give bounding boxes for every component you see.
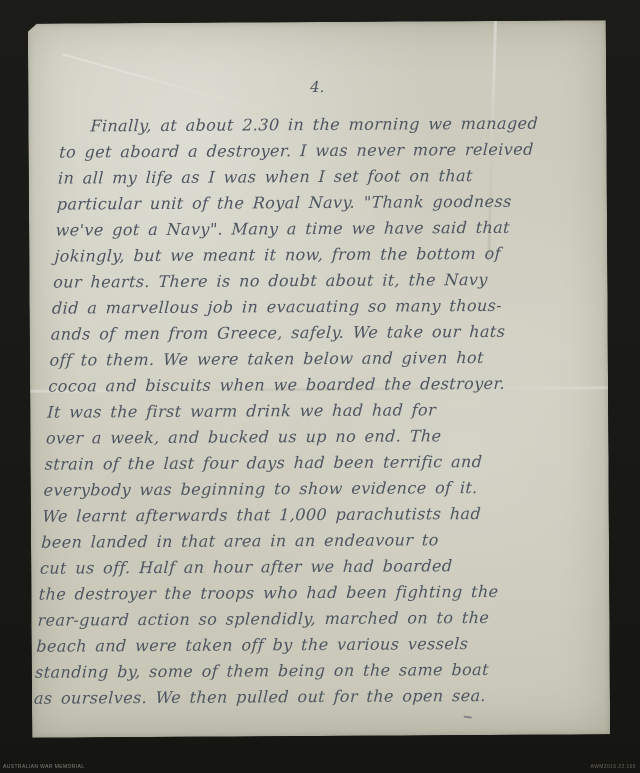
letter-line: everybody was beginning to show evidence…: [43, 474, 595, 503]
letter-line: ands of men from Greece, safely. We take…: [50, 318, 602, 347]
page-number: 4.: [28, 76, 606, 98]
letter-line: as ourselves. We then pulled out for the…: [33, 682, 585, 711]
scan-background: 4. Finally, at about 2.30 in the morning…: [0, 0, 640, 773]
letter-line: cocoa and biscuits when we boarded the d…: [48, 370, 600, 399]
letter-line: particular unit of the Royal Navy. "Than…: [56, 188, 608, 217]
letter-body: Finally, at about 2.30 in the morning we…: [33, 110, 612, 712]
letter-line: rear-guard action so splendidly, marched…: [37, 604, 589, 633]
letter-line: did a marvellous job in evacuating so ma…: [51, 292, 603, 321]
letter-page: 4. Finally, at about 2.30 in the morning…: [28, 20, 610, 738]
letter-line: we've got a Navy". Many a time we have s…: [55, 214, 607, 243]
letter-line: our hearts. There is no doubt about it, …: [53, 266, 605, 295]
pen-mark: [464, 711, 473, 719]
letter-line: cut us off. Half an hour after we had bo…: [39, 552, 591, 581]
letter-line: the destroyer the troops who had been fi…: [38, 578, 590, 607]
reference-number: AWM2016.22.165: [591, 764, 636, 770]
letter-line: over a week, and bucked us up no end. Th…: [45, 422, 597, 451]
letter-line: It was the first warm drink we had had f…: [47, 396, 599, 425]
letter-line: to get aboard a destroyer. I was never m…: [59, 136, 611, 165]
letter-line: Finally, at about 2.30 in the morning we…: [60, 110, 612, 139]
letter-line: standing by, some of them being on the s…: [35, 656, 587, 685]
letter-line: We learnt afterwards that 1,000 parachut…: [42, 500, 594, 529]
letter-line: strain of the last four days had been te…: [44, 448, 596, 477]
letter-line: beach and were taken off by the various …: [36, 630, 588, 659]
letter-line: off to them. We were taken below and giv…: [49, 344, 601, 373]
letter-line: jokingly, but we meant it now, from the …: [54, 240, 606, 269]
letter-line: in all my life as I was when I set foot …: [57, 162, 609, 191]
letter-line: been landed in that area in an endeavour…: [41, 526, 593, 555]
archive-watermark: AUSTRALIAN WAR MEMORIAL: [3, 764, 85, 770]
